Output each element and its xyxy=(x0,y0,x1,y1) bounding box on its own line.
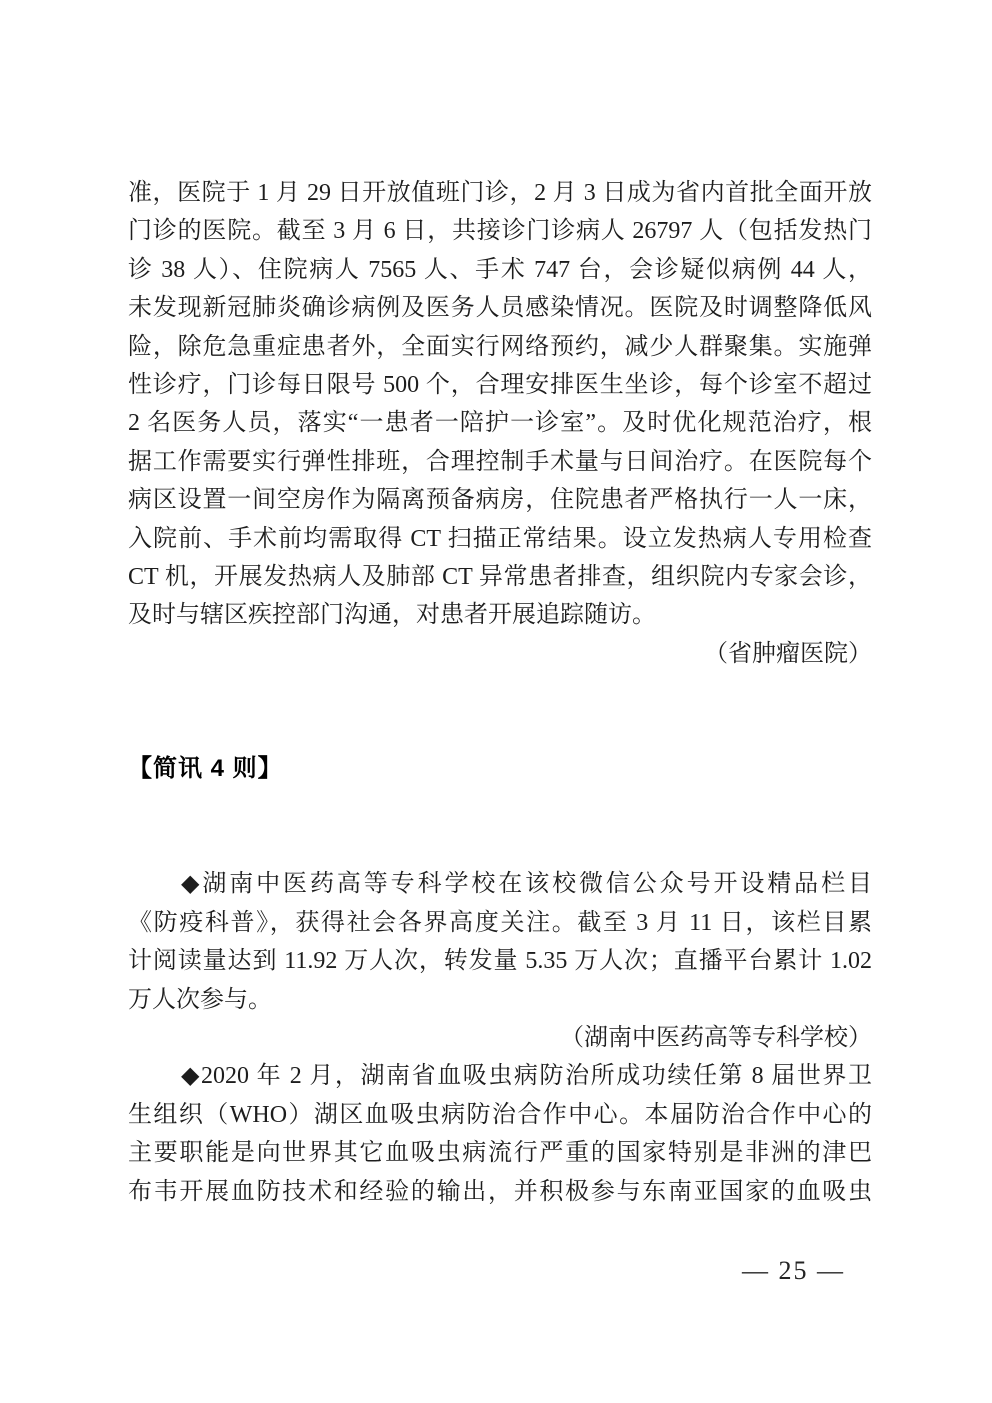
document-page: 准，医院于 1 月 29 日开放值班门诊，2 月 3 日成为省内首批全面开放 门… xyxy=(0,0,992,1403)
brief-paragraph: ◆湖南中医药高等专科学校在该校微信公众号开设精品栏目 《防疫科普》，获得社会各界… xyxy=(128,865,872,1057)
continuation-paragraph: 准，医院于 1 月 29 日开放值班门诊，2 月 3 日成为省内首批全面开放 门… xyxy=(128,174,872,673)
body-line: 计阅读量达到 11.92 万人次，转发量 5.35 万人次；直播平台累计 1.0… xyxy=(128,942,872,980)
body-line: ◆湖南中医药高等专科学校在该校微信公众号开设精品栏目 xyxy=(128,865,872,903)
attribution-line: （省肿瘤医院） xyxy=(128,635,872,673)
body-line: 险，除危急重症患者外，全面实行网络预约，减少人群聚集。实施弹 xyxy=(128,328,872,366)
body-line: 入院前、手术前均需取得 CT 扫描正常结果。设立发热病人专用检查 xyxy=(128,520,872,558)
body-line: 主要职能是向世界其它血吸虫病流行严重的国家特别是非洲的津巴 xyxy=(128,1134,872,1172)
body-line: ◆2020 年 2 月，湖南省血吸虫病防治所成功续任第 8 届世界卫 xyxy=(128,1057,872,1095)
body-line: 生组织（WHO）湖区血吸虫病防治合作中心。本届防治合作中心的 xyxy=(128,1096,872,1134)
brief-paragraph: ◆2020 年 2 月，湖南省血吸虫病防治所成功续任第 8 届世界卫 生组织（W… xyxy=(128,1057,872,1211)
body-line: 门诊的医院。截至 3 月 6 日，共接诊门诊病人 26797 人（包括发热门 xyxy=(128,212,872,250)
section-heading: 【简讯 4 则】 xyxy=(128,750,872,788)
page-number: — 25 — xyxy=(742,1252,845,1290)
attribution-line: （湖南中医药高等专科学校） xyxy=(128,1019,872,1057)
body-line: 性诊疗，门诊每日限号 500 个，合理安排医生坐诊，每个诊室不超过 xyxy=(128,366,872,404)
body-line: 准，医院于 1 月 29 日开放值班门诊，2 月 3 日成为省内首批全面开放 xyxy=(128,174,872,212)
body-line: 未发现新冠肺炎确诊病例及医务人员感染情况。医院及时调整降低风 xyxy=(128,289,872,327)
body-line: 布韦开展血防技术和经验的输出，并积极参与东南亚国家的血吸虫 xyxy=(128,1173,872,1211)
body-text: 准，医院于 1 月 29 日开放值班门诊，2 月 3 日成为省内首批全面开放 门… xyxy=(128,174,872,1211)
body-line: 万人次参与。 xyxy=(128,981,872,1019)
body-line: 《防疫科普》，获得社会各界高度关注。截至 3 月 11 日，该栏目累 xyxy=(128,904,872,942)
body-line: 及时与辖区疾控部门沟通，对患者开展追踪随访。 xyxy=(128,596,872,634)
body-line: 据工作需要实行弹性排班，合理控制手术量与日间治疗。在医院每个 xyxy=(128,443,872,481)
body-line: CT 机，开展发热病人及肺部 CT 异常患者排查，组织院内专家会诊， xyxy=(128,558,872,596)
body-line: 病区设置一间空房作为隔离预备病房，住院患者严格执行一人一床， xyxy=(128,481,872,519)
body-line: 2 名医务人员，落实“一患者一陪护一诊室”。及时优化规范治疗，根 xyxy=(128,404,872,442)
body-line: 诊 38 人）、住院病人 7565 人、手术 747 台，会诊疑似病例 44 人… xyxy=(128,251,872,289)
